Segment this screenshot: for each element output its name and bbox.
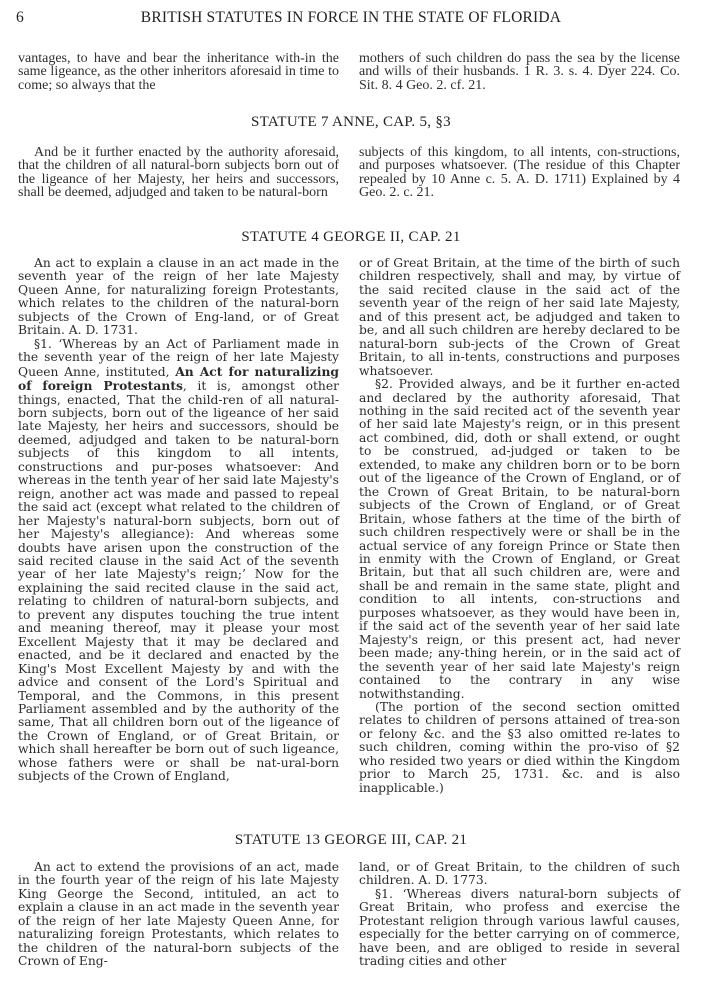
document-page: 6 BRITISH STATUTES IN FORCE IN THE STATE… xyxy=(0,0,702,1002)
paragraph: land, or of Great Britain, to the childr… xyxy=(359,861,680,888)
paragraph: And be it further enacted by the authori… xyxy=(18,146,339,200)
paragraph: §2. Provided always, and be it further e… xyxy=(359,378,680,701)
section-7-anne-left: And be it further enacted by the authori… xyxy=(18,146,339,200)
continuation-left: vantages, to have and bear the inheritan… xyxy=(18,52,339,92)
paragraph: vantages, to have and bear the inheritan… xyxy=(18,52,339,92)
section-13-george-iii-left: An act to extend the provisions of an ac… xyxy=(18,861,339,969)
section-heading-13-george-iii: STATUTE 13 GEORGE III, CAP. 21 xyxy=(0,832,702,849)
section-7-anne-right: subjects of this kingdom, to all intents… xyxy=(359,146,680,200)
paragraph: An act to extend the provisions of an ac… xyxy=(18,861,339,969)
section-4-george-ii-left: An act to explain a clause in an act mad… xyxy=(18,257,339,784)
section-heading-4-george-ii: STATUTE 4 GEORGE II, CAP. 21 xyxy=(0,229,702,246)
paragraph: subjects of this kingdom, to all intents… xyxy=(359,146,680,200)
section-4-george-ii-right: or of Great Britain, at the time of the … xyxy=(359,257,680,795)
paragraph: or of Great Britain, at the time of the … xyxy=(359,257,680,378)
running-header: 6 BRITISH STATUTES IN FORCE IN THE STATE… xyxy=(0,9,702,29)
section-13-george-iii-right: land, or of Great Britain, to the childr… xyxy=(359,861,680,969)
paragraph: §1. ‘Whereas divers natural-born subject… xyxy=(359,888,680,969)
running-title: BRITISH STATUTES IN FORCE IN THE STATE O… xyxy=(0,9,702,27)
paragraph: An act to explain a clause in an act mad… xyxy=(18,257,339,338)
continuation-right: mothers of such children do pass the sea… xyxy=(359,52,680,92)
paragraph-note: (The portion of the second section omitt… xyxy=(359,701,680,795)
paragraph: mothers of such children do pass the sea… xyxy=(359,52,680,92)
text-run: , it is, amongst other things, enacted, … xyxy=(18,379,339,783)
section-heading-7-anne: STATUTE 7 ANNE, CAP. 5, §3 xyxy=(0,114,702,131)
paragraph: §1. ‘Whereas by an Act of Parliament mad… xyxy=(18,338,339,784)
